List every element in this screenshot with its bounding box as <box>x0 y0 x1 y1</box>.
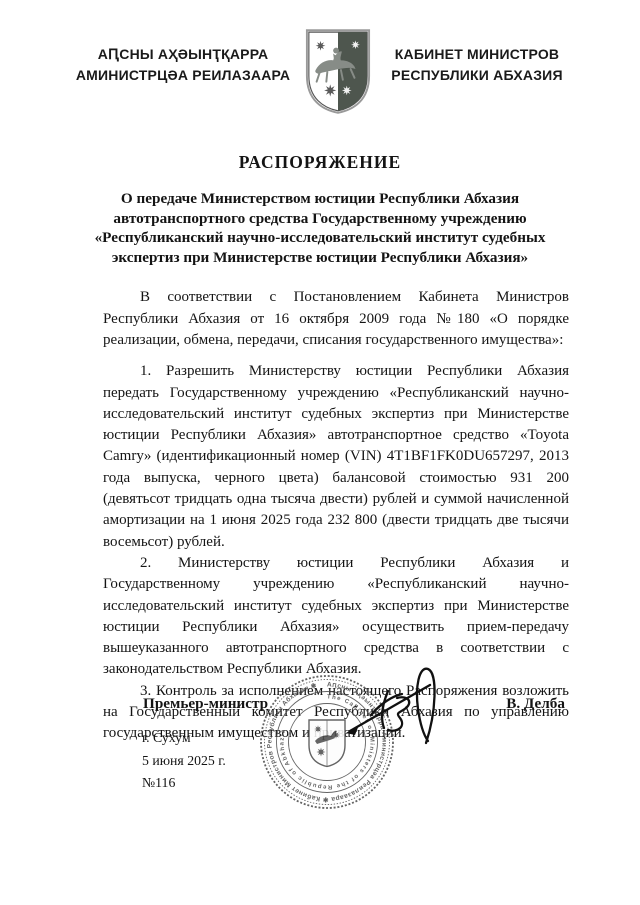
org-name-abkhaz: АԤСНЫ АҲӘЫНҬҚАРРА АМИНИСТРЦӘА РЕИЛАЗААРА <box>72 28 294 86</box>
document-page: АԤСНЫ АҲӘЫНҬҚАРРА АМИНИСТРЦӘА РЕИЛАЗААРА <box>0 0 640 905</box>
document-subject: О передаче Министерством юстиции Республ… <box>70 189 570 267</box>
number-line: №116 <box>142 772 226 795</box>
paragraph-preamble: В соответствии с Постановлением Кабинета… <box>103 287 569 351</box>
org-name-russian: КАБИНЕТ МИНИСТРОВ РЕСПУБЛИКИ АБХАЗИЯ <box>382 28 572 86</box>
signature-arrowhead <box>346 725 359 735</box>
signature-block: Премьер-министр В. Делба Аԥсны Аҳәынҭқар… <box>103 655 569 905</box>
signature-scribble <box>333 657 447 751</box>
paragraph-item-1: 1. Разрешить Министерству юстиции Респуб… <box>103 361 569 553</box>
date-line: 5 июня 2025 г. <box>142 750 226 773</box>
signer-title: Премьер-министр <box>143 695 268 713</box>
document-type-title: РАСПОРЯЖЕНИЕ <box>0 152 640 173</box>
signer-name: В. Делба <box>506 695 565 713</box>
place-date-number: г. Сухум 5 июня 2025 г. №116 <box>142 727 226 795</box>
coat-of-arms-icon <box>304 28 372 114</box>
place-line: г. Сухум <box>142 727 226 750</box>
letterhead: АԤСНЫ АҲӘЫНҬҚАРРА АМИНИСТРЦӘА РЕИЛАЗААРА <box>72 28 572 114</box>
